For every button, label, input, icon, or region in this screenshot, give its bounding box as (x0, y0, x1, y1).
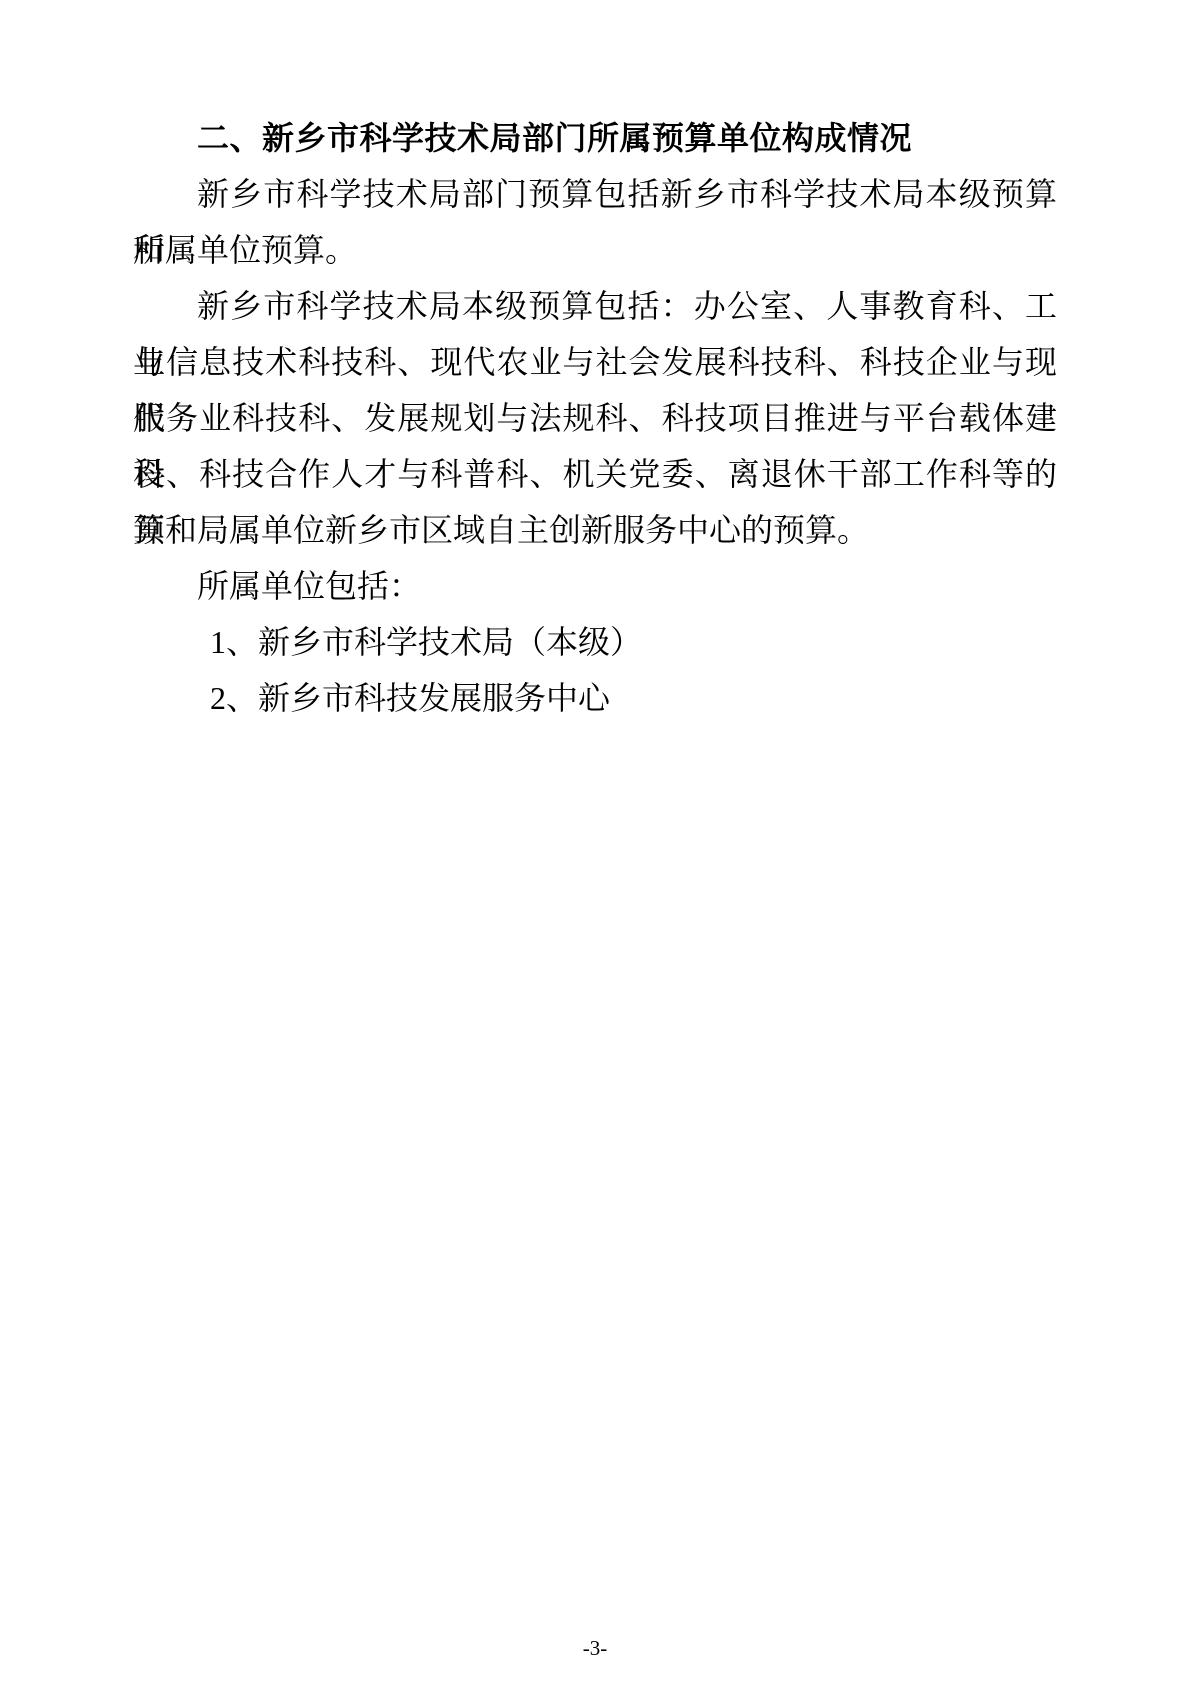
list-item-1: 1、新乡市科学技术局（本级） (133, 614, 1057, 670)
paragraph-1-line-1: 新乡市科学技术局部门预算包括新乡市科学技术局本级预算和 (133, 166, 1057, 222)
list-item-2: 2、新乡市科技发展服务中心 (133, 670, 1057, 726)
paragraph-2-line-3: 服务业科技科、发展规划与法规科、科技项目推进与平台载体建设 (133, 390, 1057, 446)
document-body: 二、新乡市科学技术局部门所属预算单位构成情况 新乡市科学技术局部门预算包括新乡市… (133, 110, 1057, 726)
document-page: 二、新乡市科学技术局部门所属预算单位构成情况 新乡市科学技术局部门预算包括新乡市… (0, 0, 1190, 1684)
paragraph-2-line-1: 新乡市科学技术局本级预算包括：办公室、人事教育科、工业 (133, 278, 1057, 334)
section-heading: 二、新乡市科学技术局部门所属预算单位构成情况 (133, 110, 1057, 166)
paragraph-2-line-5: 算和局属单位新乡市区域自主创新服务中心的预算。 (133, 502, 1057, 558)
paragraph-3: 所属单位包括： (133, 558, 1057, 614)
paragraph-1-line-2: 所属单位预算。 (133, 222, 1057, 278)
paragraph-2-line-4: 科、科技合作人才与科普科、机关党委、离退休干部工作科等的预 (133, 446, 1057, 502)
page-number: -3- (0, 1634, 1190, 1662)
paragraph-2-line-2: 与信息技术科技科、现代农业与社会发展科技科、科技企业与现代 (133, 334, 1057, 390)
